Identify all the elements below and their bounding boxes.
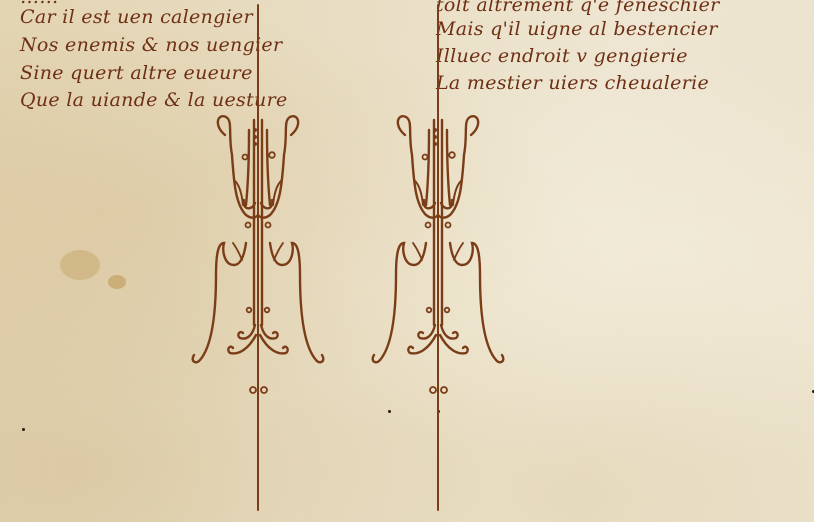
left-pen-flourish <box>193 5 324 510</box>
manuscript-page: …… Car il est uen calengier Nos enemis &… <box>0 0 814 522</box>
right-pen-flourish <box>373 5 504 510</box>
pen-flourishes <box>0 0 814 522</box>
